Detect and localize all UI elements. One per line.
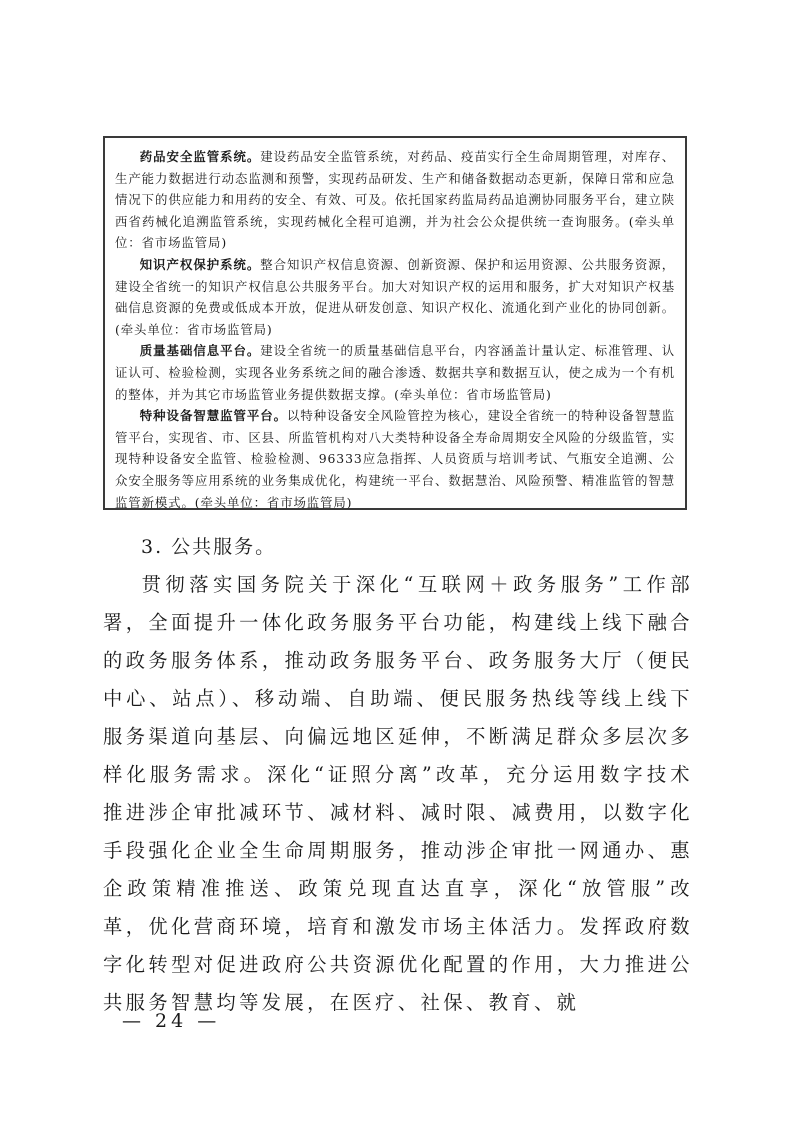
main-content: 3. 公共服务。 贯彻落实国务院关于深化“互联网＋政务服务”工作部署，全面提升一… (103, 528, 693, 1022)
box-item-title: 质量基础信息平台。 (140, 343, 260, 358)
boxed-section: 药品安全监管系统。建设药品安全监管系统，对药品、疫苗实行全生命周期管理，对库存、… (103, 136, 687, 510)
box-item-title: 特种设备智慧监管平台。 (140, 408, 287, 423)
box-paragraph-ip-protection: 知识产权保护系统。整合知识产权信息资源、创新资源、保护和运用资源、公共服务资源，… (115, 254, 675, 340)
page-number: — 24 — (122, 1010, 220, 1032)
box-item-title: 药品安全监管系统。 (140, 149, 260, 164)
box-paragraph-special-equipment: 特种设备智慧监管平台。以特种设备安全风险管控为核心，建设全省统一的特种设备智慧监… (115, 405, 675, 513)
box-item-text: 以特种设备安全风险管控为核心，建设全省统一的特种设备智慧监管平台，实现省、市、区… (115, 408, 675, 509)
box-item-text: 建设药品安全监管系统，对药品、疫苗实行全生命周期管理，对库存、生产能力数据进行动… (115, 149, 675, 250)
box-paragraph-quality-info: 质量基础信息平台。建设全省统一的质量基础信息平台，内容涵盖计量认定、标准管理、认… (115, 340, 675, 405)
section-heading: 3. 公共服务。 (103, 528, 693, 566)
box-item-title: 知识产权保护系统。 (140, 257, 260, 272)
body-paragraph: 贯彻落实国务院关于深化“互联网＋政务服务”工作部署，全面提升一体化政务服务平台功… (103, 566, 693, 1022)
box-paragraph-drug-safety: 药品安全监管系统。建设药品安全监管系统，对药品、疫苗实行全生命周期管理，对库存、… (115, 146, 675, 254)
